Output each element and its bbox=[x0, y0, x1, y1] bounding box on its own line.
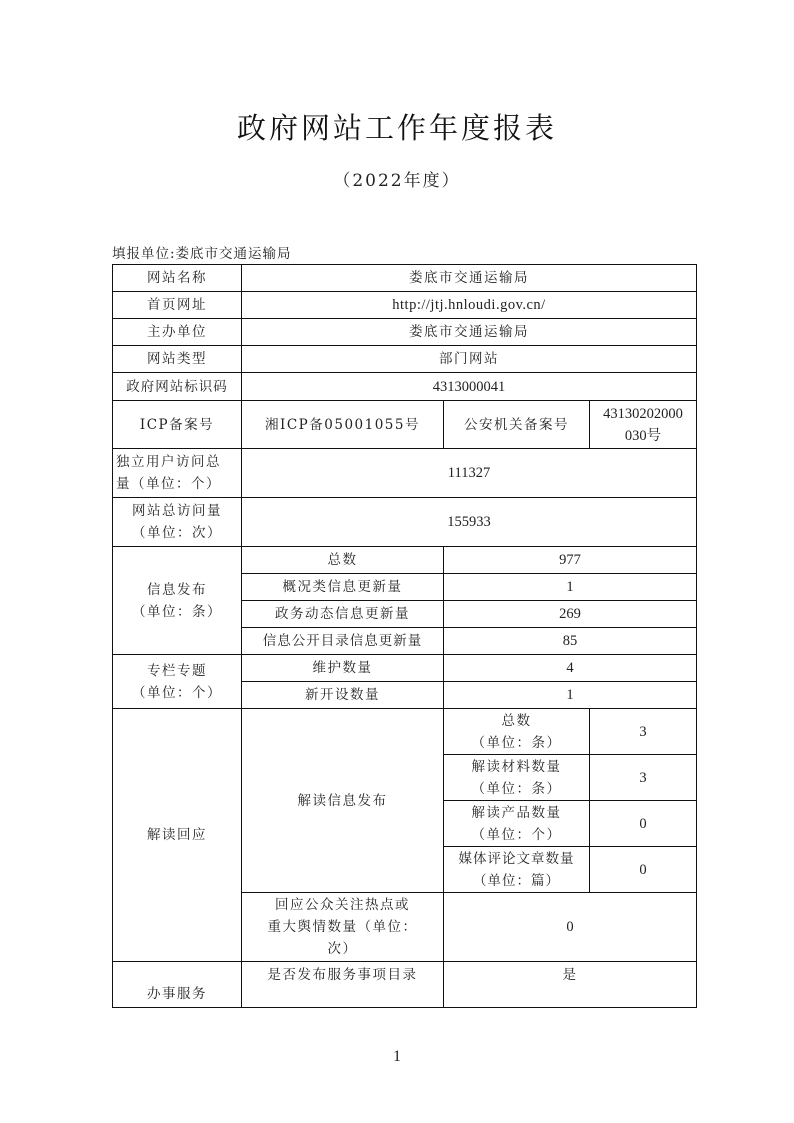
table-row-columns-maintain: 专栏专题 （单位：个） 维护数量 4 bbox=[113, 655, 697, 682]
columns-row-label: 维护数量 bbox=[242, 655, 444, 682]
interp-row-label-line1: 解读材料数量 bbox=[447, 756, 586, 778]
interpretation-label: 解读回应 bbox=[113, 709, 242, 962]
site-name-value: 娄底市交通运输局 bbox=[242, 265, 697, 292]
interp-row-label-line1: 解读产品数量 bbox=[447, 802, 586, 824]
interp-row-label: 总数 （单位：条） bbox=[444, 709, 590, 755]
interp-row-value: 3 bbox=[590, 755, 697, 801]
columns-label-line2: （单位：个） bbox=[116, 682, 238, 704]
info-row-value: 977 bbox=[444, 547, 697, 574]
sponsor-label: 主办单位 bbox=[113, 319, 242, 346]
interp-row-value: 3 bbox=[590, 709, 697, 755]
icp-value: 湘ICP备05001055号 bbox=[242, 401, 444, 449]
table-row-total-visits: 网站总访问量 （单位：次） 155933 bbox=[113, 498, 697, 547]
columns-row-value: 4 bbox=[444, 655, 697, 682]
police-record-line1: 43130202000 bbox=[593, 403, 693, 425]
table-row-info-total: 信息发布 （单位：条） 总数 977 bbox=[113, 547, 697, 574]
info-row-label: 政务动态信息更新量 bbox=[242, 601, 444, 628]
services-row-value: 是 bbox=[444, 962, 697, 1008]
total-visits-label-line1: 网站总访问量 bbox=[116, 500, 238, 522]
site-name-label: 网站名称 bbox=[113, 265, 242, 292]
info-publish-label: 信息发布 （单位：条） bbox=[113, 547, 242, 655]
columns-label: 专栏专题 （单位：个） bbox=[113, 655, 242, 709]
homepage-label: 首页网址 bbox=[113, 292, 242, 319]
interp-row-label-line2: （单位：条） bbox=[447, 778, 586, 800]
table-row-icp: ICP备案号 湘ICP备05001055号 公安机关备案号 4313020200… bbox=[113, 401, 697, 449]
site-type-label: 网站类型 bbox=[113, 346, 242, 373]
report-table: 网站名称 娄底市交通运输局 首页网址 http://jtj.hnloudi.go… bbox=[112, 264, 697, 1008]
unique-visitors-label-line2: 量（单位：个） bbox=[116, 473, 238, 495]
services-label: 办事服务 bbox=[113, 962, 242, 1008]
table-row-interp-total: 解读回应 解读信息发布 总数 （单位：条） 3 bbox=[113, 709, 697, 755]
table-row-homepage: 首页网址 http://jtj.hnloudi.gov.cn/ bbox=[113, 292, 697, 319]
page-number: 1 bbox=[0, 1048, 794, 1066]
response-label-line2: 重大舆情数量（单位： bbox=[245, 916, 440, 938]
interpretation-publish-label: 解读信息发布 bbox=[242, 709, 444, 893]
table-row-site-name: 网站名称 娄底市交通运输局 bbox=[113, 265, 697, 292]
total-visits-label: 网站总访问量 （单位：次） bbox=[113, 498, 242, 547]
info-row-value: 1 bbox=[444, 574, 697, 601]
interp-row-label: 解读产品数量 （单位：个） bbox=[444, 801, 590, 847]
unique-visitors-label: 独立用户访问总 量（单位：个） bbox=[113, 449, 242, 498]
info-row-value: 269 bbox=[444, 601, 697, 628]
interp-row-label-line1: 总数 bbox=[447, 710, 586, 732]
response-label-line1: 回应公众关注热点或 bbox=[245, 894, 440, 916]
table-row-site-id: 政府网站标识码 4313000041 bbox=[113, 373, 697, 401]
columns-row-value: 1 bbox=[444, 682, 697, 709]
services-row-label: 是否发布服务事项目录 bbox=[242, 962, 444, 1008]
site-type-value: 部门网站 bbox=[242, 346, 697, 373]
interp-row-label-line2: （单位：条） bbox=[447, 732, 586, 754]
site-id-label: 政府网站标识码 bbox=[113, 373, 242, 401]
response-label-line3: 次） bbox=[245, 938, 440, 960]
reporting-unit: 填报单位:娄底市交通运输局 bbox=[112, 242, 292, 262]
table-row-site-type: 网站类型 部门网站 bbox=[113, 346, 697, 373]
columns-label-line1: 专栏专题 bbox=[116, 660, 238, 682]
unique-visitors-value: 111327 bbox=[242, 449, 697, 498]
table-row-sponsor: 主办单位 娄底市交通运输局 bbox=[113, 319, 697, 346]
response-value: 0 bbox=[444, 893, 697, 962]
site-id-value: 4313000041 bbox=[242, 373, 697, 401]
homepage-url-value: http://jtj.hnloudi.gov.cn/ bbox=[242, 292, 697, 319]
interp-row-value: 0 bbox=[590, 801, 697, 847]
interp-row-label-line2: （单位：篇） bbox=[447, 870, 586, 892]
info-row-label: 概况类信息更新量 bbox=[242, 574, 444, 601]
response-label: 回应公众关注热点或 重大舆情数量（单位： 次） bbox=[242, 893, 444, 962]
police-record-line2: 030号 bbox=[593, 425, 693, 447]
info-row-label: 总数 bbox=[242, 547, 444, 574]
report-year: （2022年度） bbox=[0, 166, 794, 191]
police-record-value: 43130202000 030号 bbox=[590, 401, 697, 449]
interp-row-label: 媒体评论文章数量 （单位：篇） bbox=[444, 847, 590, 893]
total-visits-value: 155933 bbox=[242, 498, 697, 547]
icp-label: ICP备案号 bbox=[113, 401, 242, 449]
columns-row-label: 新开设数量 bbox=[242, 682, 444, 709]
total-visits-label-line2: （单位：次） bbox=[116, 522, 238, 544]
table-row-services-catalog: 办事服务 是否发布服务事项目录 是 bbox=[113, 962, 697, 1008]
interp-row-label-line2: （单位：个） bbox=[447, 824, 586, 846]
table-row-unique-visitors: 独立用户访问总 量（单位：个） 111327 bbox=[113, 449, 697, 498]
interp-row-label: 解读材料数量 （单位：条） bbox=[444, 755, 590, 801]
interp-row-label-line1: 媒体评论文章数量 bbox=[447, 848, 586, 870]
interp-row-value: 0 bbox=[590, 847, 697, 893]
info-row-label: 信息公开目录信息更新量 bbox=[242, 628, 444, 655]
info-publish-label-line1: 信息发布 bbox=[116, 579, 238, 601]
info-row-value: 85 bbox=[444, 628, 697, 655]
info-publish-label-line2: （单位：条） bbox=[116, 601, 238, 623]
sponsor-value: 娄底市交通运输局 bbox=[242, 319, 697, 346]
page-title: 政府网站工作年度报表 bbox=[0, 106, 794, 147]
unique-visitors-label-line1: 独立用户访问总 bbox=[116, 451, 238, 473]
police-record-label: 公安机关备案号 bbox=[444, 401, 590, 449]
